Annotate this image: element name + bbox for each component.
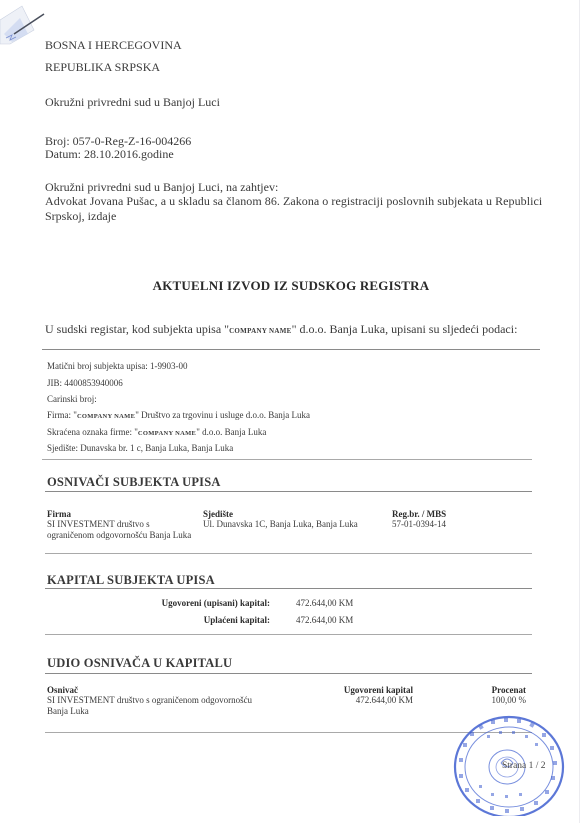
request-line-3: Srpskoj, izdaje	[45, 209, 116, 224]
divider	[45, 553, 532, 554]
intro-prefix: U sudski registar, kod subjekta upisa "	[45, 322, 229, 336]
capital-label-paid: Uplaćeni kapital:	[100, 615, 270, 626]
divider	[45, 491, 532, 492]
short-company: COMPANY NAME	[138, 430, 196, 437]
document-page: BOSNA I HERCEGOVINA REPUBLIKA SRPSKA Okr…	[0, 0, 582, 823]
subject-firm: Firma: "COMPANY NAME" Društvo za trgovin…	[47, 410, 310, 422]
capital-title: KAPITAL SUBJEKTA UPISA	[47, 573, 215, 588]
founder-firm-line-2: ograničenom odgovornošću Banja Luka	[47, 530, 191, 541]
header-entity: REPUBLIKA SRPSKA	[45, 60, 160, 75]
divider	[42, 459, 532, 460]
founder-reg: 57-01-0394-14	[392, 519, 446, 530]
founder-seat: Ul. Dunavska 1C, Banja Luka, Banja Luka	[203, 519, 358, 530]
firm-company: COMPANY NAME	[77, 413, 135, 420]
request-line-1: Okružni privredni sud u Banjoj Luci, na …	[45, 180, 278, 195]
header-country: BOSNA I HERCEGOVINA	[45, 38, 182, 53]
intro-text: U sudski registar, kod subjekta upisa "C…	[45, 322, 517, 339]
capital-label-contracted: Ugovoreni (upisani) kapital:	[100, 598, 270, 609]
short-prefix: Skraćena oznaka firme: "	[47, 427, 138, 437]
shares-title: UDIO OSNIVAČA U KAPITALU	[47, 656, 232, 671]
intro-company: COMPANY NAME	[229, 327, 292, 335]
firm-suffix: " Društvo za trgovinu i usluge d.o.o. Ba…	[135, 410, 310, 420]
subject-registration-number: Matični broj subjekta upisa: 1-9903-00	[47, 361, 187, 372]
founder-firm-line-1: SI INVESTMENT društvo s	[47, 519, 150, 530]
header-court: Okružni privredni sud u Banjoj Luci	[45, 95, 220, 110]
divider	[45, 634, 532, 635]
request-line-2: Advokat Jovana Pušac, a u skladu sa član…	[45, 194, 542, 209]
subject-seat: Sjedište: Dunavska br. 1 c, Banja Luka, …	[47, 443, 233, 454]
share-founder-line-2: Banja Luka	[47, 706, 89, 717]
subject-short-name: Skraćena oznaka firme: "COMPANY NAME" d.…	[47, 427, 266, 439]
subject-jib: JIB: 4400853940006	[47, 378, 123, 389]
share-percent: 100,00 %	[460, 695, 526, 706]
intro-suffix: " d.o.o. Banja Luka, upisani su sljedeći…	[292, 322, 518, 336]
share-capital: 472.644,00 KM	[300, 695, 413, 706]
short-suffix: " d.o.o. Banja Luka	[196, 427, 266, 437]
capital-value-paid: 472.644,00 KM	[296, 615, 353, 626]
document-title: AKTUELNI IZVOD IZ SUDSKOG REGISTRA	[0, 278, 582, 294]
divider	[42, 349, 540, 350]
divider	[45, 588, 532, 589]
page-edge	[579, 0, 580, 823]
stapled-corner-icon	[0, 0, 50, 52]
share-founder-line-1: SI INVESTMENT društvo s ograničenom odgo…	[47, 695, 252, 706]
subject-customs-number: Carinski broj:	[47, 394, 97, 405]
founders-title: OSNIVAČI SUBJEKTA UPISA	[47, 475, 221, 490]
capital-value-contracted: 472.644,00 KM	[296, 598, 353, 609]
reference-date: Datum: 28.10.2016.godine	[45, 147, 174, 162]
divider	[45, 673, 532, 674]
firm-prefix: Firma: "	[47, 410, 77, 420]
page-number: Strana 1 / 2	[502, 760, 546, 772]
